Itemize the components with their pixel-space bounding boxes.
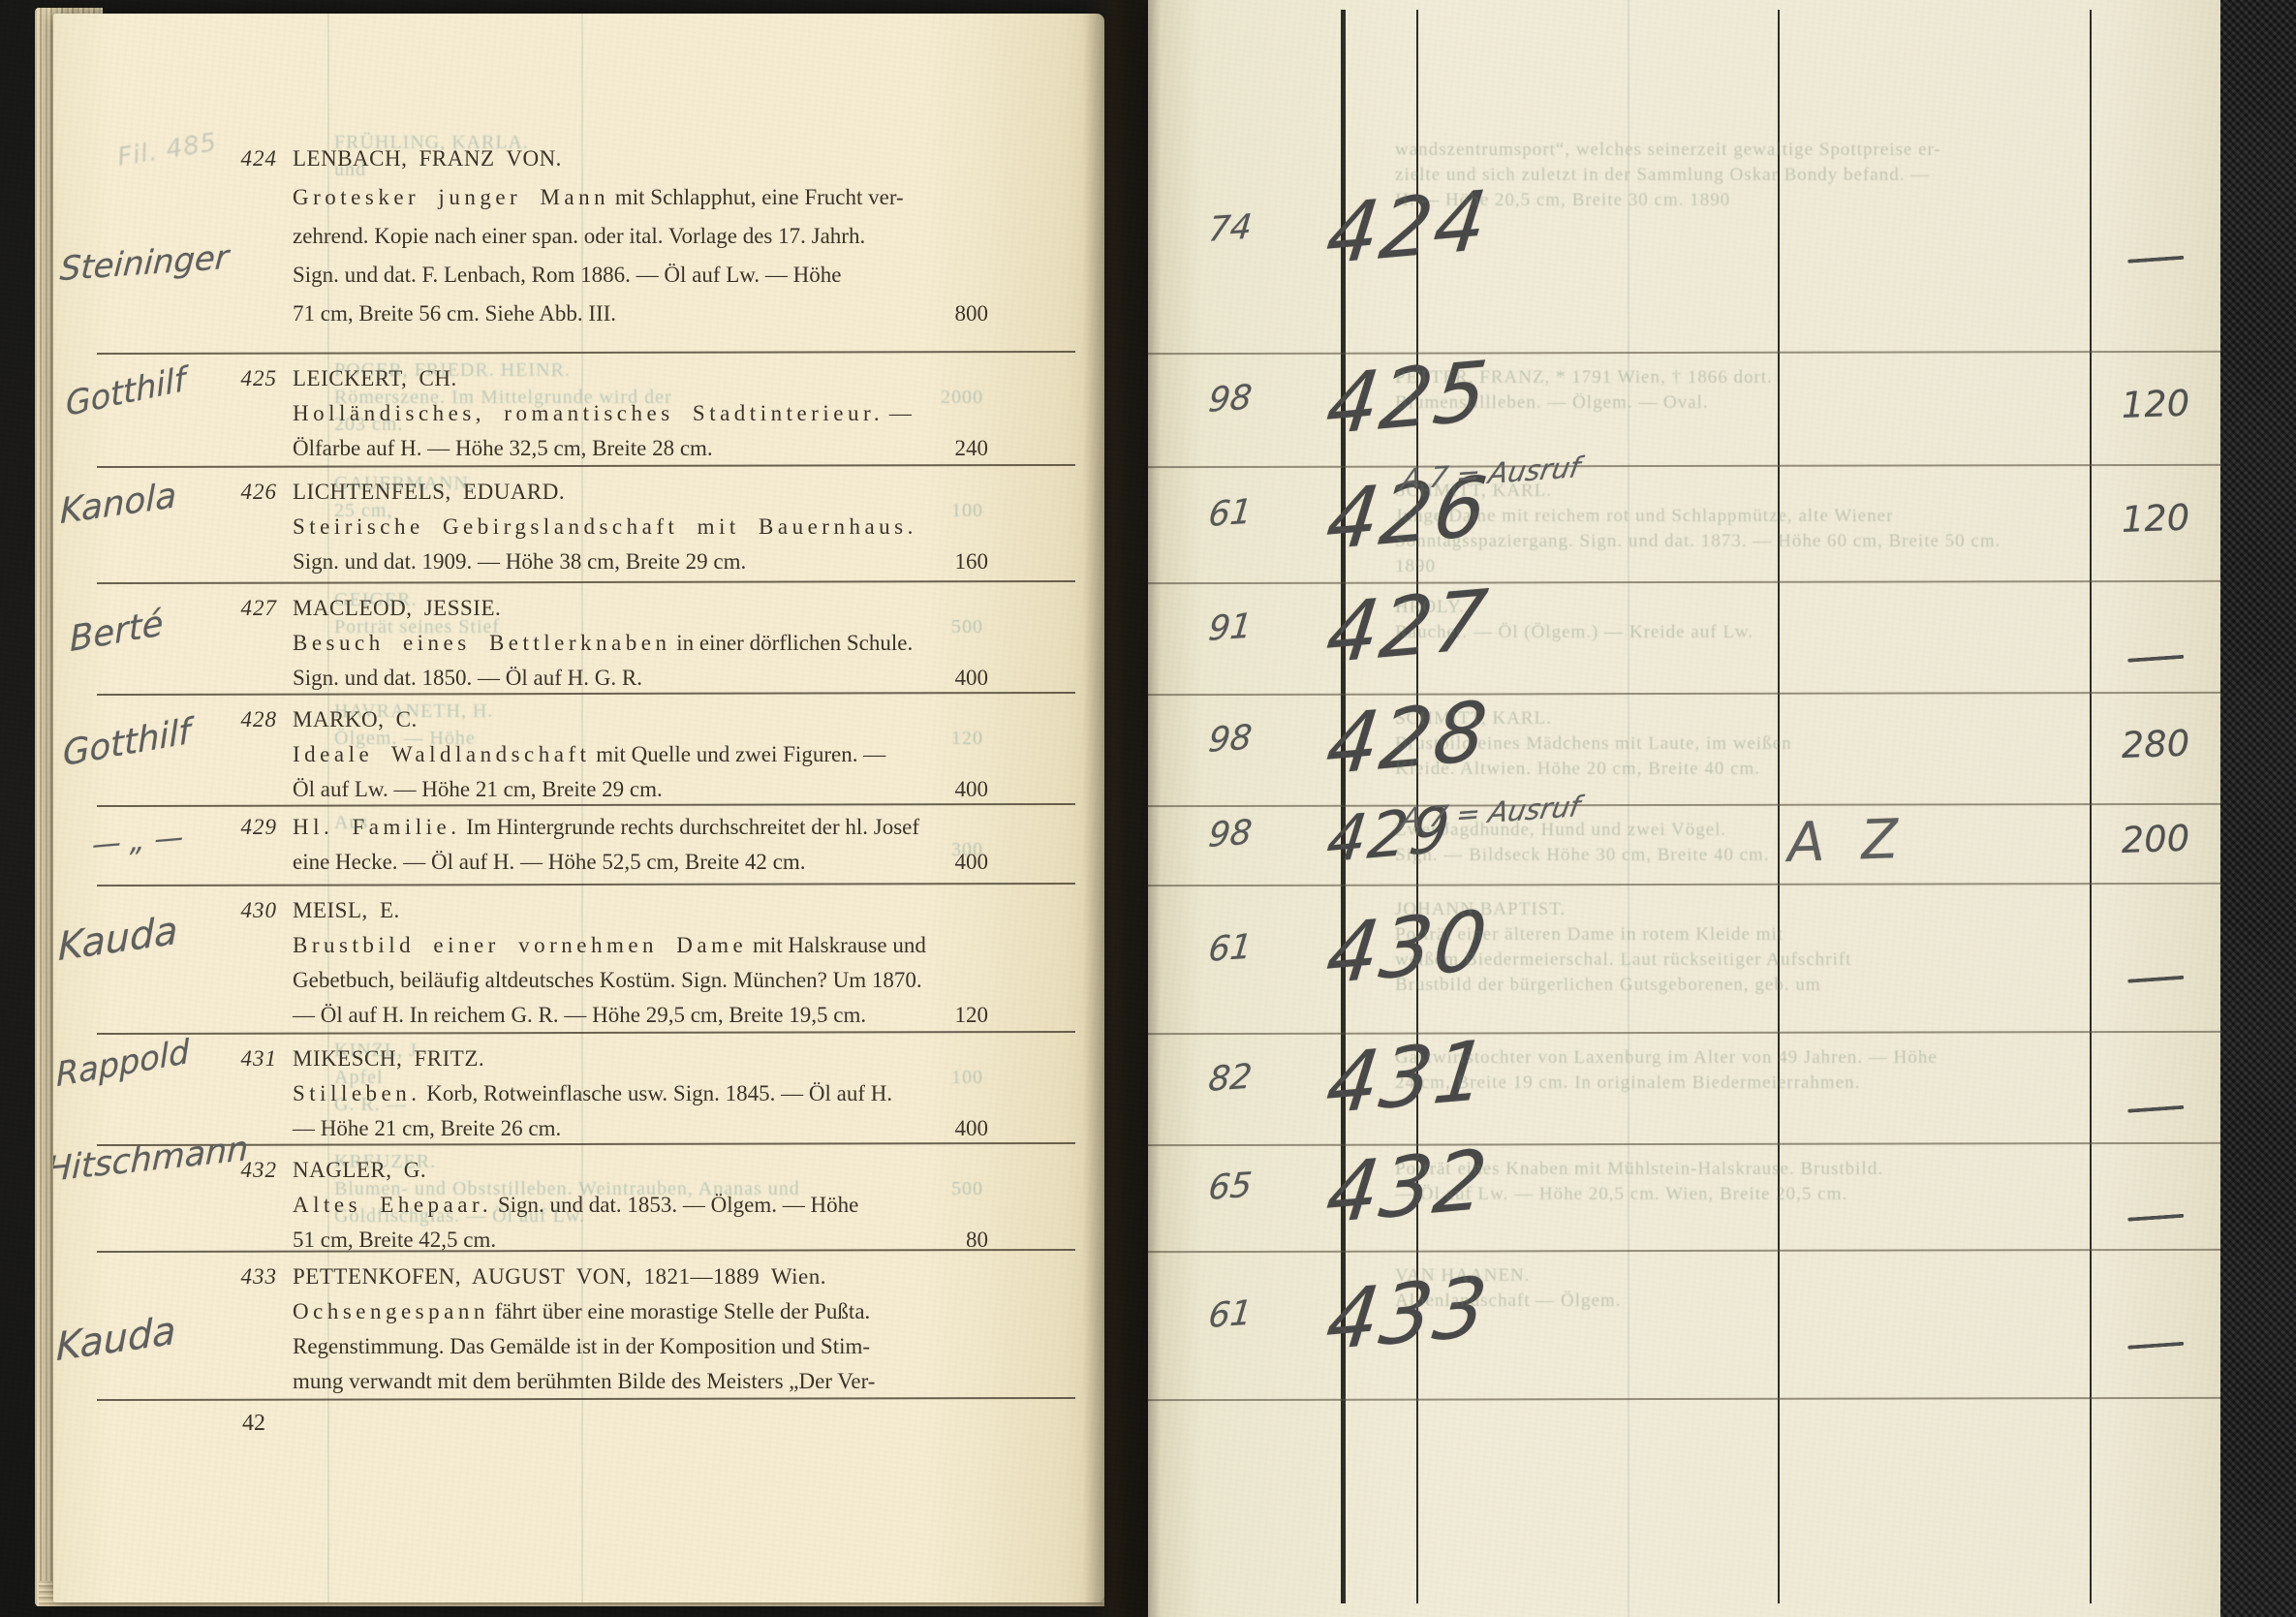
bleed-through-text: SCHMITT, KARL. [1395,706,1552,731]
entry-line: mung verwandt mit dem berühmten Bilde de… [293,1364,988,1399]
bleed-through-text: — Öl auf Lw. — Höhe 20,5 cm. Wien, Breit… [1395,1182,1847,1206]
hand-lot-count: 61 [1175,490,1286,537]
no-bid-dash [2127,1341,2184,1349]
bleed-through-value: 2000 [896,385,983,411]
ledger-rule [2090,10,2092,1603]
margin-annotation: Kauda [56,1308,175,1370]
entry-number: 426 [223,475,277,510]
catalog-entry: 430MEISL, E.Brustbild einer vornehmen Da… [223,893,988,1032]
row-separator [1148,1031,2223,1035]
bleed-through-text: GEIGER. [334,587,417,613]
bleed-through-text: Apfel [334,1065,384,1091]
bleed-through-handwriting: Fil. 485 [116,130,220,171]
bleed-through-text: SCHMITT, KARL. [1395,479,1552,503]
estimate-price: 120 [955,998,989,1033]
bleed-through-text: Goldfischglas. — Öl auf Lw. [334,1203,585,1229]
bleed-through-text: Porträt seines Stief [334,614,500,640]
right-page: 744249842512061426A 7 = Ausruf1209142798… [1148,0,2223,1617]
bleed-through-text: KREUZER. [334,1149,436,1175]
row-separator [1148,803,2223,807]
hand-lot-count: 65 [1175,1164,1286,1210]
row-separator [1148,580,2223,584]
bleed-through-text: Römerszene. Im Mittelgrunde wird der [334,385,672,411]
no-bid-dash [2127,654,2184,662]
hand-lot-count: 98 [1175,376,1286,422]
bleed-through-value: 300 [896,837,983,863]
hand-lot-count: 98 [1175,811,1286,857]
bleed-through-text: Brustbild der bürgerlichen Gutsgeborenen… [1395,973,1821,997]
hand-value [2092,1184,2218,1230]
catalog-entry: 433PETTENKOFEN, AUGUST VON, 1821—1889 Wi… [223,1259,988,1398]
row-separator [1148,351,2223,355]
no-bid-dash [2127,975,2184,982]
row-separator [1148,692,2223,696]
entry-number: 433 [223,1259,277,1294]
bleed-through-text: HAVRANETH, H. [334,699,493,725]
margin-annotation: Kauda [58,908,177,970]
bleed-through-text: PETTER, FRANZ, * 1791 Wien, † 1866 dort. [1395,365,1773,389]
hand-lot-count: 74 [1175,205,1286,252]
bleed-through-text: weißem Biedermeierschal. Laut rückseitig… [1395,948,1851,972]
row-separator [1148,464,2223,468]
estimate-price: 800 [955,295,989,333]
entry-line: Grotesker junger Mann mit Schlapphut, ei… [293,178,988,217]
bleed-through-text: H. — Höhe 20,5 cm, Breite 30 cm. 1890 [1395,188,1730,212]
margin-annotation: Rappold [55,1033,190,1096]
bleed-through-text: FRÜHLING, KARLA. [334,130,529,156]
bleed-through-text: JOHANN BAPTIST. [1395,897,1566,921]
hand-value [2092,1075,2218,1122]
entry-number: 429 [223,810,277,845]
entry-line: 71 cm, Breite 56 cm. Siehe Abb. III.800 [293,295,988,333]
bleed-through-text: Sign. — Bildseck Höhe 30 cm, Breite 40 c… [1395,843,1770,867]
entry-line: 430MEISL, E. [293,893,988,928]
bleed-through-text: Aus [334,810,368,836]
margin-annotation: Hitschmann [53,1130,249,1190]
estimate-price: 400 [955,661,989,696]
entry-line: Regenstimmung. Das Gemälde ist in der Ko… [293,1329,988,1364]
entry-number: 430 [223,893,277,928]
no-bid-dash [2127,1214,2184,1222]
bleed-through-text: GAUERMANN, [334,471,475,497]
bleed-through-text: Porträt einer älteren Dame in rotem Klei… [1395,922,1784,947]
left-page: 42 424LENBACH, FRANZ VON.Grotesker junge… [53,14,1104,1602]
hand-lot-count: 82 [1175,1055,1286,1102]
book-gutter [1083,0,1161,1617]
bleed-through-text: 24 cm, Breite 19 cm. In originalem Biede… [1395,1071,1860,1095]
hand-lot-count: 91 [1175,605,1286,651]
hand-value [2092,1312,2218,1358]
hand-value: 120 [2092,381,2218,427]
row-separator [1148,1142,2223,1146]
row-separator [1148,883,2223,886]
book-cover [2220,0,2296,1617]
estimate-price: 400 [955,1111,989,1146]
bleed-through-text: KINZL, J. [334,1038,423,1064]
entry-line: 429Hl. Familie. Im Hintergrunde rechts d… [293,810,988,845]
no-bid-dash [2127,1104,2184,1112]
bleed-through-text: Alpenlandschaft — Ölgem. [1395,1289,1621,1313]
bleed-through-value: 120 [896,726,983,752]
margin-annotation: Gotthilf [62,712,191,775]
entry-number: 428 [223,702,277,737]
margin-annotation: — „ — [91,821,184,863]
entry-line: zehrend. Kopie nach einer span. oder ita… [293,217,988,256]
margin-annotation: Steininger [59,238,231,289]
bleed-through-text: 25 cm, [334,498,392,524]
entry-line: Sign. und dat. 1850. — Öl auf H. G. R.40… [293,661,988,696]
entry-line: Öl auf Lw. — Höhe 21 cm, Breite 29 cm.40… [293,772,988,807]
bleed-through-text: Zwei Jagdhunde, Hund und zwei Vögel. [1395,818,1726,842]
hand-value: 120 [2092,495,2218,542]
entry-line: — Öl auf H. In reichem G. R. — Höhe 29,5… [293,998,988,1033]
bleed-through-text: Blumenstillleben. — Ölgem. — Oval. [1395,390,1709,415]
bleed-through-text: Kleide. Altwien. Höhe 20 cm, Breite 40 c… [1395,757,1760,781]
page-number: 42 [242,1411,265,1437]
hand-value [2092,946,2218,992]
entry-line: Steirische Gebirgslandschaft mit Bauernh… [293,510,988,544]
bleed-rule [1628,0,1629,1617]
hand-value: 280 [2092,721,2218,767]
margin-annotation: Berté [69,604,164,660]
bleed-through-text: G. R. — [334,1092,407,1118]
hand-value [2092,226,2218,272]
bleed-through-text: Sonntagsspaziergang. Sign. und dat. 1873… [1395,529,2001,553]
bleed-through-value: 100 [896,1065,983,1091]
no-bid-dash [2127,255,2184,263]
bleed-through-value: 100 [896,498,983,524]
az-annotation: A Z [1786,808,1909,875]
bleed-through-text: 203 cm. [334,412,403,438]
entry-line: Gebetbuch, beiläufig altdeutsches Kostüm… [293,963,988,998]
estimate-price: 400 [955,772,989,807]
hand-lot-count: 61 [1175,1291,1286,1338]
ledger-rule [1778,10,1780,1603]
bleed-through-text: Porträt eines Knaben mit Mühlstein-Halsk… [1395,1157,1883,1181]
bleed-through-text: Brustbild eines Mädchens mit Laute, im w… [1395,731,1792,756]
bleed-through-value: 500 [896,1176,983,1202]
scanned-book-photo: 42 424LENBACH, FRANZ VON.Grotesker junge… [0,0,2296,1617]
entry-line: Brustbild einer vornehmen Dame mit Halsk… [293,928,988,963]
estimate-price: 80 [966,1223,988,1258]
bleed-through-text: und [334,157,366,183]
entry-line: eine Hecke. — Öl auf H. — Höhe 52,5 cm, … [293,845,988,880]
bleed-through-text: Blumen- und Obststilleben. Weintrauben, … [334,1176,800,1202]
estimate-price: 160 [955,544,989,579]
bleed-through-text: Gastwirtstochter von Laxenburg im Alter … [1395,1045,1938,1070]
bleed-through-text: Ölgem. — Höhe [334,726,476,752]
bleed-through-text: 1890 [1395,554,1436,578]
margin-annotation: Kanola [60,476,176,532]
entry-line: 433PETTENKOFEN, AUGUST VON, 1821—1889 Wi… [293,1259,988,1294]
bleed-through-text: Junge Dame mit reichem rot und Schlappmü… [1395,504,1893,528]
entry-number: 424 [223,140,277,178]
entry-line: Sign. und dat. F. Lenbach, Rom 1886. — Ö… [293,256,988,295]
bleed-through-text: HROLY. [1395,595,1465,619]
bleed-through-text: zielte und sich zuletzt in der Sammlung … [1395,163,1930,187]
bleed-through-text: POGER, FRIEDR. HEINR. [334,358,571,384]
hand-lot-count: 98 [1175,716,1286,762]
margin-annotation: Gotthilf [65,360,187,425]
entry-number: 425 [223,361,277,396]
bleed-through-text: Raucher. — Öl (Ölgem.) — Kreide auf Lw. [1395,620,1753,644]
hand-lot-count: 61 [1175,925,1286,972]
row-separator [1148,1249,2223,1253]
row-separator [1148,1397,2223,1401]
bleed-through-value: 500 [896,614,983,640]
hand-value: 200 [2092,816,2218,862]
hand-value [2092,625,2218,671]
bleed-through-text: wandszentrumsport“, welches seinerzeit g… [1395,138,1941,162]
estimate-price: 240 [955,431,989,466]
entry-line: Ochsengespann fährt über eine morastige … [293,1294,988,1329]
entry-number: 427 [223,591,277,626]
entry-line: Sign. und dat. 1909. — Höhe 38 cm, Breit… [293,544,988,579]
entry-number: 431 [223,1042,277,1076]
bleed-through-text: VAN HAANEN. [1395,1263,1530,1288]
